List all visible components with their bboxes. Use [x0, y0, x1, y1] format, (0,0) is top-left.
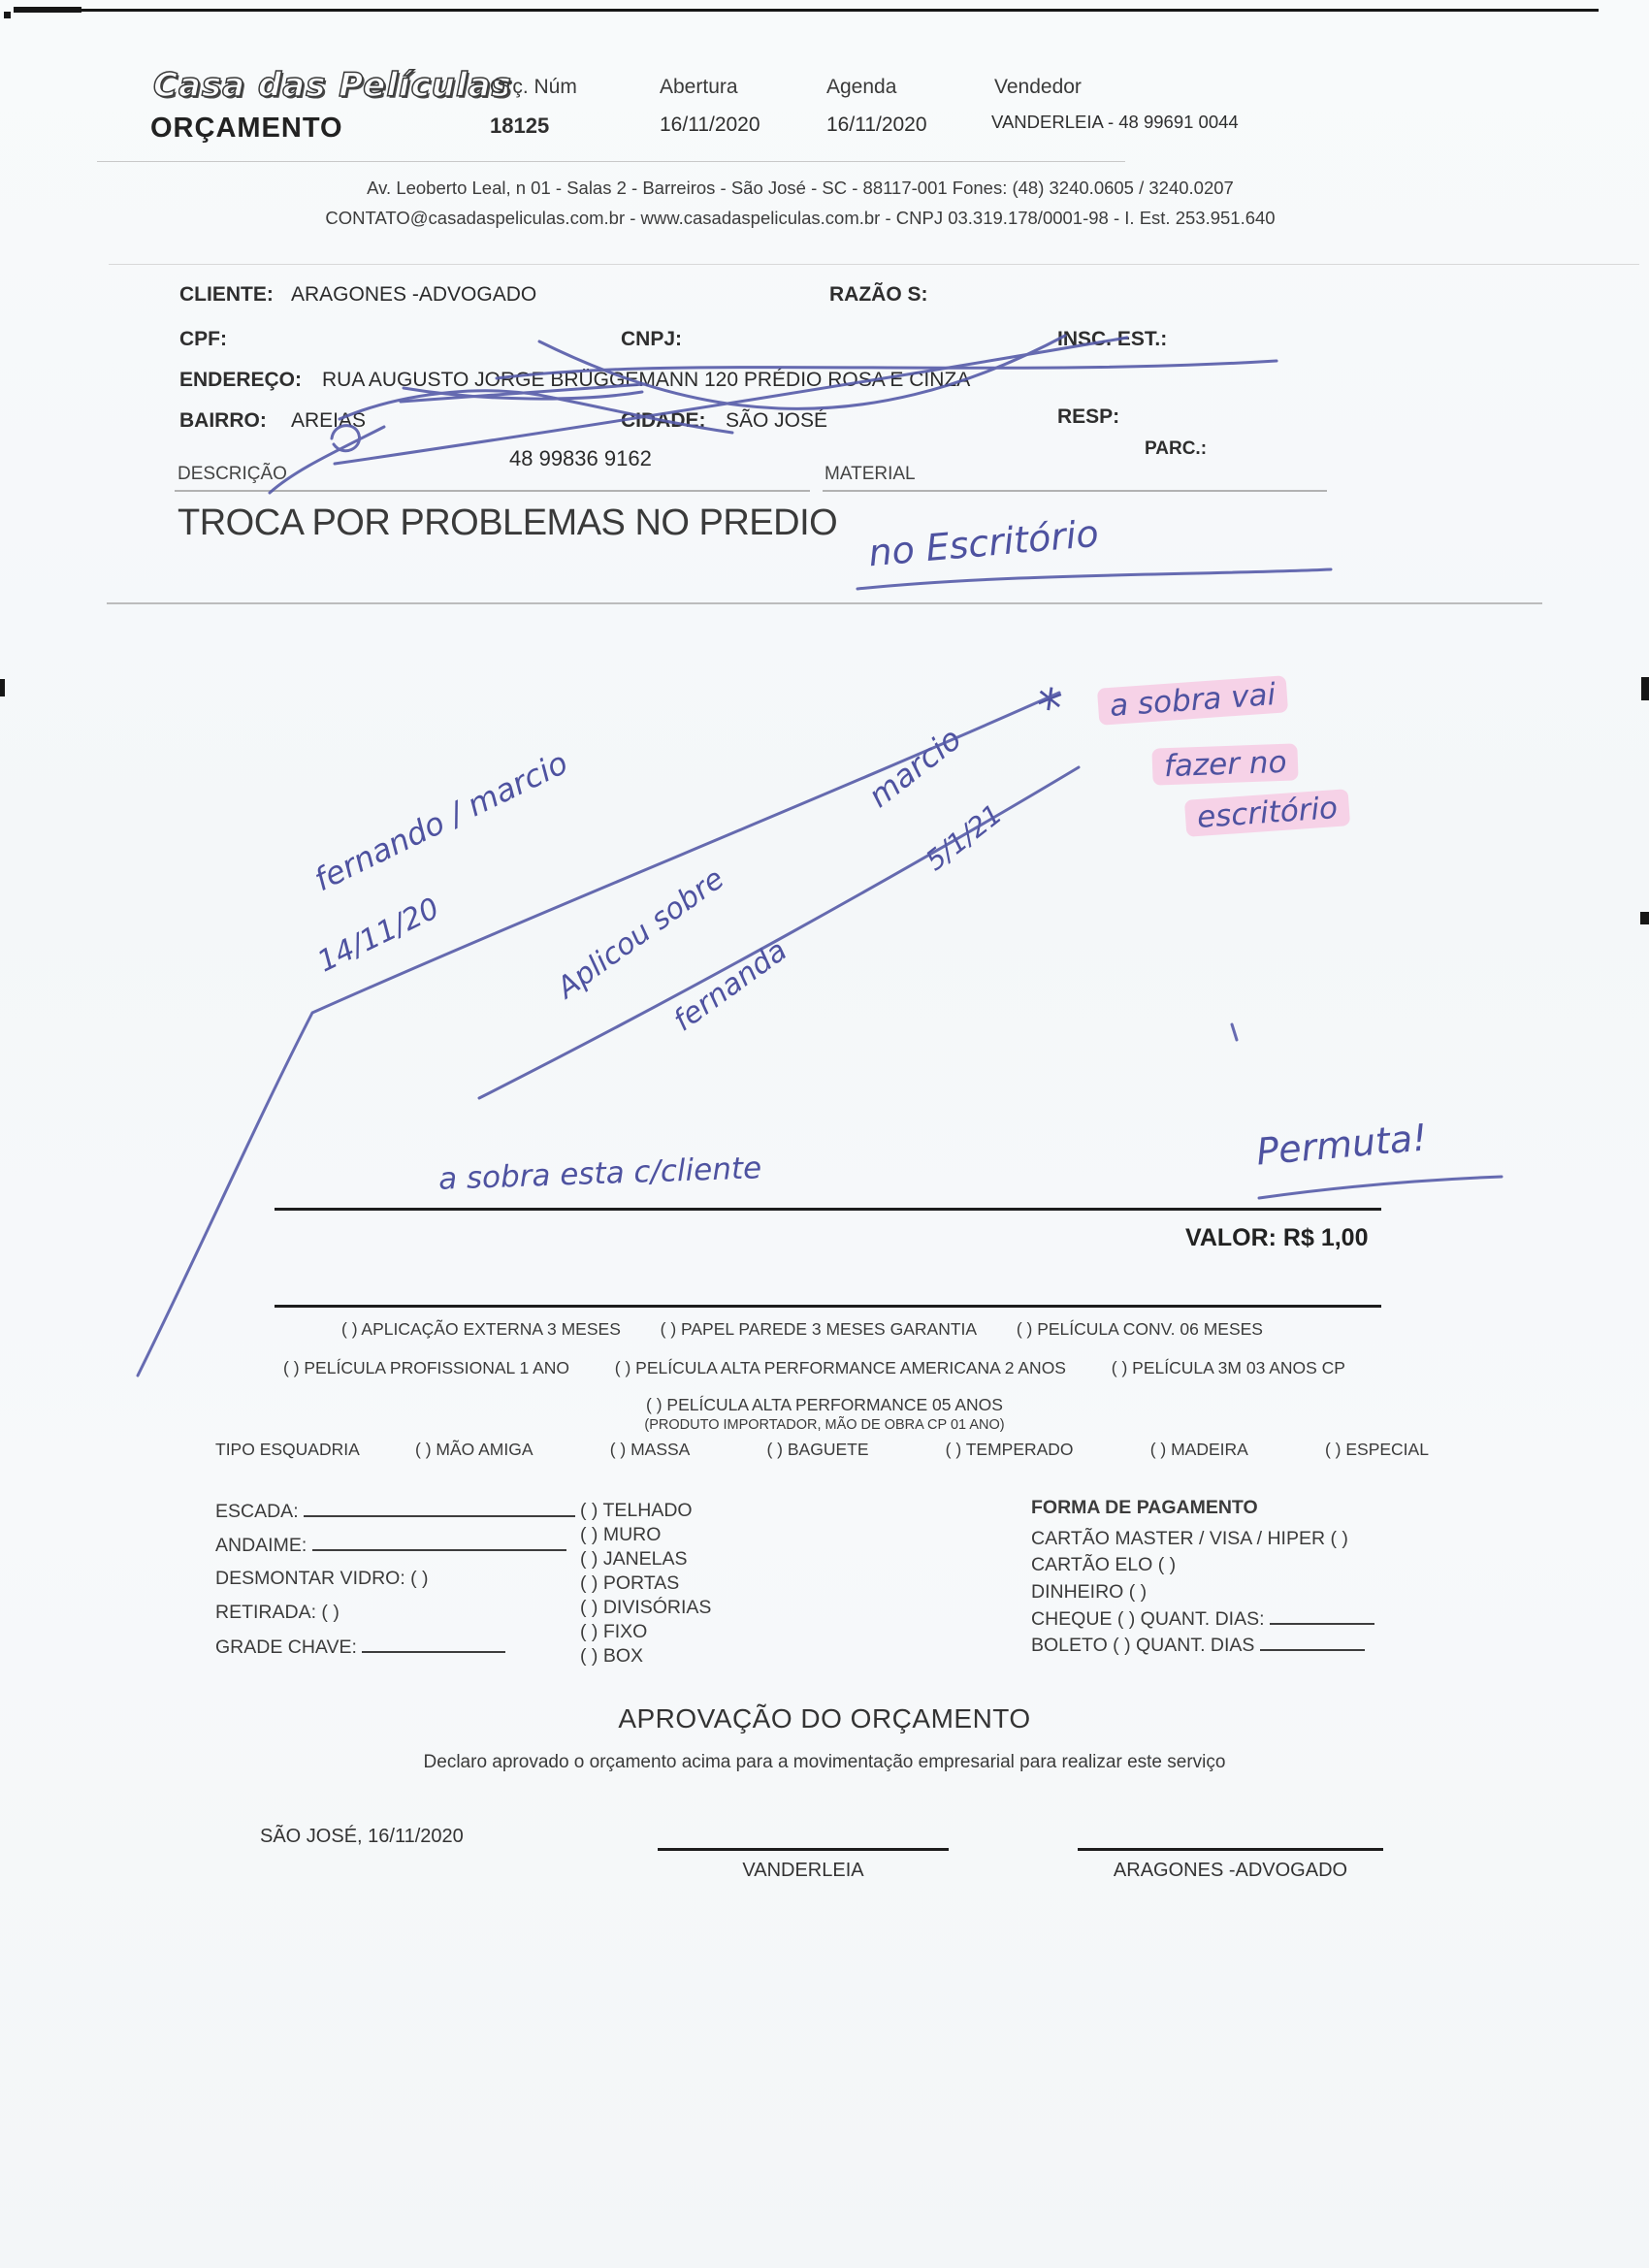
option-muro: ( ) MURO: [580, 1524, 661, 1546]
pen-stroke-diagonal-1: [138, 693, 1059, 1376]
approval-statement: Declaro aprovado o orçamento acima para …: [145, 1752, 1503, 1773]
pen-stroke-small-mark: [1232, 1024, 1237, 1040]
company-address: Av. Leoberto Leal, n 01 - Salas 2 - Barr…: [233, 178, 1368, 199]
scanned-budget-document: Casa das Películas ORÇAMENTO Orç. Núm 18…: [0, 0, 1649, 2268]
resp-label: RESP:: [1057, 405, 1119, 429]
descricao-label: DESCRIÇÃO: [178, 464, 287, 485]
option-telhado: ( ) TELHADO: [580, 1500, 693, 1522]
payment-cheque: CHEQUE ( ) QUANT. DIAS:: [1031, 1608, 1265, 1630]
value-top-line: [275, 1208, 1381, 1211]
company-contact: CONTATO@casadaspeliculas.com.br - www.ca…: [233, 208, 1368, 229]
highlighted-note-line-3: escritório: [1184, 790, 1350, 836]
signature-line-vendedor: [658, 1848, 949, 1851]
bairro-label: BAIRRO:: [179, 409, 267, 433]
document-type: ORÇAMENTO: [150, 113, 343, 145]
insc-est-label: INSC. EST.:: [1057, 328, 1167, 351]
cpf-label: CPF:: [179, 328, 227, 351]
razao-social-label: RAZÃO S:: [829, 283, 928, 307]
warranty-row-2: ( ) PELÍCULA PROFISSIONAL 1 ANO ( ) PELÍ…: [283, 1358, 1345, 1378]
option-divisorias: ( ) DIVISÓRIAS: [580, 1597, 711, 1619]
highlight-3: escritório: [1184, 789, 1350, 837]
handwritten-date-2: 5/1/21: [920, 798, 1008, 877]
bairro-value: AREIAS: [291, 409, 366, 433]
orc-num-label: Orç. Núm: [490, 76, 577, 99]
cliente-label: CLIENTE:: [179, 283, 274, 307]
abertura-value: 16/11/2020: [660, 113, 760, 137]
payment-cartao-elo: CARTÃO ELO ( ): [1031, 1554, 1176, 1576]
warranty-papel-parede: ( ) PAPEL PAREDE 3 MESES GARANTIA: [661, 1319, 977, 1340]
warranty-3m: ( ) PELÍCULA 3M 03 ANOS CP: [1112, 1358, 1345, 1378]
scan-artifact-right-mark-1: [1641, 677, 1649, 700]
andaime-blank-line: [312, 1534, 566, 1551]
escada-row: ESCADA:: [215, 1500, 575, 1523]
esquadria-temperado: ( ) TEMPERADO: [946, 1440, 1074, 1460]
valor-text: VALOR: R$ 1,00: [1185, 1224, 1368, 1252]
highlighted-note-line-2: fazer no: [1151, 744, 1299, 784]
scan-artifact-left-mark: [0, 679, 5, 697]
option-janelas: ( ) JANELAS: [580, 1548, 688, 1571]
grade-chave-blank-line: [362, 1636, 505, 1653]
warranty-row-3-subtext: (PRODUTO IMPORTADOR, MÃO DE OBRA CP 01 A…: [543, 1417, 1106, 1433]
esquadria-massa: ( ) MASSA: [610, 1440, 691, 1460]
signature-name-cliente: ARAGONES -ADVOGADO: [1078, 1860, 1383, 1882]
warranty-profissional: ( ) PELÍCULA PROFISSIONAL 1 ANO: [283, 1358, 569, 1378]
cidade-label: CIDADE:: [621, 409, 706, 433]
boleto-dias-blank: [1260, 1634, 1365, 1651]
scan-artifact-left-dot: [4, 12, 11, 18]
andaime-label: ANDAIME:: [215, 1535, 307, 1556]
payment-dinheiro: DINHEIRO ( ): [1031, 1581, 1147, 1604]
pen-stroke-material-underline: [857, 569, 1331, 589]
tipo-esquadria-label: TIPO ESQUADRIA: [215, 1440, 360, 1460]
client-box-top-line: [109, 264, 1639, 265]
handwritten-note-names: fernando / marcio: [308, 744, 573, 898]
warranty-aplicacao-externa: ( ) APLICAÇÃO EXTERNA 3 MESES: [341, 1319, 621, 1340]
company-logo: Casa das Películas: [153, 66, 512, 105]
agenda-value: 16/11/2020: [826, 113, 927, 137]
escada-label: ESCADA:: [215, 1501, 299, 1522]
pen-stroke-permuta-underline: [1259, 1177, 1502, 1198]
material-underline: [823, 490, 1327, 492]
handwritten-permuta: Permuta!: [1254, 1116, 1429, 1173]
signature-name-vendedor: VANDERLEIA: [658, 1860, 949, 1882]
warranty-alta-performance-05: ( ) PELÍCULA ALTA PERFORMANCE 05 ANOS: [543, 1395, 1106, 1415]
handwritten-star-mark: *: [1032, 677, 1065, 738]
place-and-date: SÃO JOSÉ, 16/11/2020: [260, 1826, 464, 1848]
warranty-row-1: ( ) APLICAÇÃO EXTERNA 3 MESES ( ) PAPEL …: [341, 1319, 1263, 1340]
handwritten-note-date: 14/11/20: [312, 891, 444, 980]
cidade-value: SÃO JOSÉ: [726, 409, 827, 433]
handwritten-material-note: no Escritório: [867, 512, 1101, 575]
warranty-pelicula-conv: ( ) PELÍCULA CONV. 06 MESES: [1017, 1319, 1263, 1340]
approval-title: APROVAÇÃO DO ORÇAMENTO: [145, 1703, 1503, 1734]
grade-chave-row: GRADE CHAVE:: [215, 1636, 505, 1659]
parc-label: PARC.:: [1145, 438, 1207, 460]
grade-chave-label: GRADE CHAVE:: [215, 1636, 357, 1658]
desmontar-vidro-row: DESMONTAR VIDRO: ( ): [215, 1568, 429, 1590]
highlighted-note-line-1: a sobra vai: [1097, 676, 1288, 725]
cheque-dias-blank: [1270, 1607, 1374, 1625]
option-fixo: ( ) FIXO: [580, 1621, 647, 1643]
payment-cheque-row: CHEQUE ( ) QUANT. DIAS:: [1031, 1607, 1374, 1631]
handwritten-marcio: marcio: [861, 720, 968, 815]
material-label: MATERIAL: [824, 464, 916, 485]
highlight-2: fazer no: [1151, 743, 1299, 785]
esquadria-madeira: ( ) MADEIRA: [1150, 1440, 1248, 1460]
cnpj-label: CNPJ:: [621, 328, 682, 351]
vendedor-value: VANDERLEIA - 48 99691 0044: [991, 112, 1239, 133]
endereco-label: ENDEREÇO:: [179, 369, 302, 392]
descricao-underline: [175, 490, 810, 492]
esquadria-baguete: ( ) BAGUETE: [766, 1440, 868, 1460]
payment-boleto: BOLETO ( ) QUANT. DIAS: [1031, 1635, 1254, 1656]
endereco-value: RUA AUGUSTO JORGE BRÜGGEMANN 120 PRÉDIO …: [322, 369, 970, 392]
signature-line-cliente: [1078, 1848, 1383, 1851]
scan-artifact-top-line: [17, 9, 1599, 12]
handwritten-sobra-cliente: a sobra esta c/cliente: [437, 1150, 761, 1197]
abertura-label: Abertura: [660, 76, 738, 99]
highlight-1: a sobra vai: [1097, 675, 1288, 726]
payment-cartao-master: CARTÃO MASTER / VISA / HIPER ( ): [1031, 1528, 1348, 1550]
orc-num-value: 18125: [490, 113, 549, 139]
option-portas: ( ) PORTAS: [580, 1572, 679, 1595]
vendedor-label: Vendedor: [994, 76, 1082, 99]
handwritten-fernanda: fernanda: [667, 934, 793, 1039]
warranty-alta-performance-americana: ( ) PELÍCULA ALTA PERFORMANCE AMERICANA …: [615, 1358, 1066, 1378]
header-divider: [97, 161, 1125, 162]
andaime-row: ANDAIME:: [215, 1534, 566, 1557]
tipo-esquadria-options: ( ) MÃO AMIGA ( ) MASSA ( ) BAGUETE ( ) …: [415, 1440, 1429, 1460]
payment-boleto-row: BOLETO ( ) QUANT. DIAS: [1031, 1634, 1365, 1657]
esquadria-especial: ( ) ESPECIAL: [1325, 1440, 1429, 1460]
section-bottom-line: [107, 602, 1542, 604]
cliente-value: ARAGONES -ADVOGADO: [291, 283, 536, 307]
forma-pagamento-title: FORMA DE PAGAMENTO: [1031, 1497, 1258, 1519]
escada-blank-line: [304, 1500, 575, 1517]
retirada-row: RETIRADA: ( ): [215, 1602, 339, 1624]
option-box: ( ) BOX: [580, 1645, 643, 1668]
pen-stroke-cross-a: [335, 338, 1127, 464]
agenda-label: Agenda: [826, 76, 896, 99]
scan-artifact-right-mark-2: [1640, 912, 1649, 924]
descricao-text: TROCA POR PROBLEMAS NO PREDIO: [178, 502, 837, 544]
esquadria-mao-amiga: ( ) MÃO AMIGA: [415, 1440, 533, 1460]
value-bottom-line: [275, 1305, 1381, 1308]
client-phone: 48 99836 9162: [509, 446, 652, 471]
